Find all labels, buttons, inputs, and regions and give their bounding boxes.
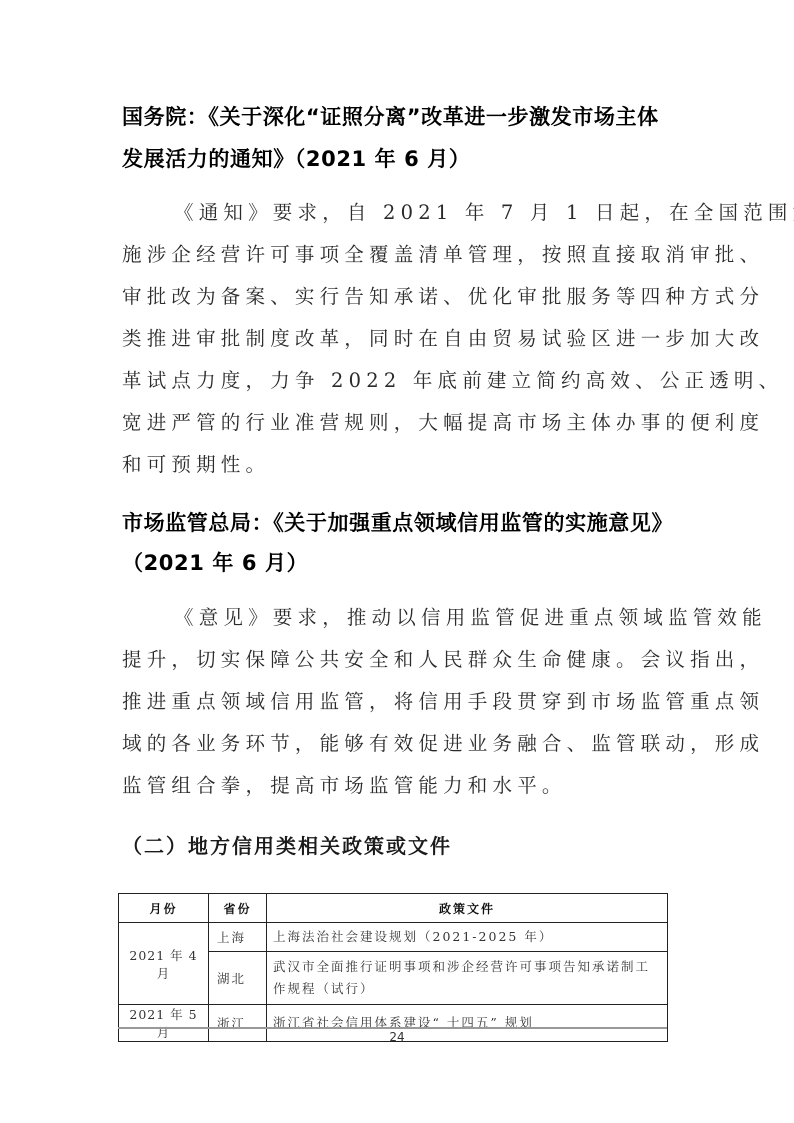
- heading-line: （2021 年 6 月）: [122, 543, 682, 583]
- body-line: 宽进严管的行业准营规则，大幅提高市场主体办事的便利度: [122, 402, 682, 444]
- heading-line: 市场监管总局：《关于加强重点领域信用监管的实施意见》: [122, 503, 682, 543]
- header-policy-document: 政策文件: [267, 894, 668, 923]
- cell-province: 上海: [209, 923, 267, 952]
- body-line: 《通知》要求，自 2021 年 7 月 1 日起，在全国范围实: [122, 192, 682, 234]
- body-line: 推进重点领域信用监管，将信用手段贯穿到市场监管重点领: [122, 681, 682, 723]
- document-page: 国务院：《关于深化“证照分离”改革进一步激发市场主体 发展活力的通知》（2021…: [0, 0, 794, 1123]
- cell-document: 上海法治社会建设规划（2021-2025 年）: [267, 923, 668, 952]
- body-line: 施涉企经营许可事项全覆盖清单管理，按照直接取消审批、: [122, 234, 682, 276]
- footer-divider: [118, 1027, 667, 1029]
- cell-month: 2021 年 4 月: [119, 923, 209, 1005]
- section-heading-market-regulation: 市场监管总局：《关于加强重点领域信用监管的实施意见》 （2021 年 6 月）: [122, 503, 682, 583]
- body-line: 审批改为备案、实行告知承诺、优化审批服务等四种方式分: [122, 276, 682, 318]
- heading-line: 国务院：《关于深化“证照分离”改革进一步激发市场主体: [122, 96, 682, 138]
- header-month: 月份: [119, 894, 209, 923]
- table-row: 2021 年 4 月 上海 上海法治社会建设规划（2021-2025 年）: [119, 923, 668, 952]
- body-line: 和可预期性。: [122, 444, 682, 486]
- table-header-row: 月份 省份 政策文件: [119, 894, 668, 923]
- body-line: 监管组合拳，提高市场监管能力和水平。: [122, 765, 682, 807]
- cell-document: 武汉市全面推行证明事项和涉企经营许可事项告知承诺制工作规程（试行）: [267, 952, 668, 1005]
- cell-province: 湖北: [209, 952, 267, 1005]
- page-number: 24: [0, 1030, 794, 1044]
- body-line: 革试点力度，力争 2022 年底前建立简约高效、公正透明、: [122, 360, 682, 402]
- body-line: 《意见》要求，推动以信用监管促进重点领域监管效能: [122, 597, 682, 639]
- section-body-market-regulation: 《意见》要求，推动以信用监管促进重点领域监管效能 提升，切实保障公共安全和人民群…: [122, 597, 682, 807]
- section-body-state-council: 《通知》要求，自 2021 年 7 月 1 日起，在全国范围实 施涉企经营许可事…: [122, 192, 682, 486]
- body-line: 提升，切实保障公共安全和人民群众生命健康。会议指出，: [122, 639, 682, 681]
- header-province: 省份: [209, 894, 267, 923]
- heading-line: 发展活力的通知》（2021 年 6 月）: [122, 138, 682, 180]
- section-heading-state-council: 国务院：《关于深化“证照分离”改革进一步激发市场主体 发展活力的通知》（2021…: [122, 96, 682, 180]
- body-line: 域的各业务环节，能够有效促进业务融合、监管联动，形成: [122, 723, 682, 765]
- body-line: 类推进审批制度改革，同时在自由贸易试验区进一步加大改: [122, 318, 682, 360]
- subsection-title: （二）地方信用类相关政策或文件: [122, 826, 452, 866]
- local-policy-table: 月份 省份 政策文件 2021 年 4 月 上海 上海法治社会建设规划（2021…: [118, 893, 668, 1042]
